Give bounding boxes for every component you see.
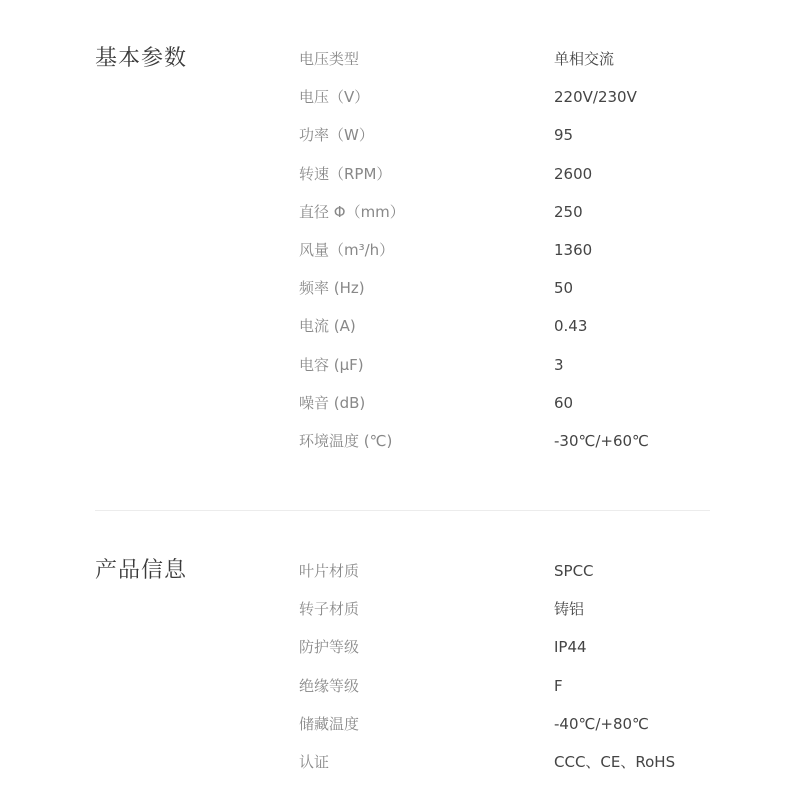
- spec-value: 3: [554, 352, 564, 378]
- spec-label: 环境温度 (℃): [299, 428, 392, 454]
- spec-row-blade-material: 叶片材质 SPCC: [299, 558, 719, 596]
- spec-label: 叶片材质: [299, 558, 359, 584]
- spec-row-certification: 认证 CCC、CE、RoHS: [299, 749, 719, 787]
- spec-value: 220V/230V: [554, 84, 637, 110]
- spec-label: 功率（W）: [299, 122, 374, 148]
- spec-row-capacitance: 电容 (μF) 3: [299, 352, 719, 390]
- spec-row-noise: 噪音 (dB) 60: [299, 390, 719, 428]
- spec-label: 噪音 (dB): [299, 390, 365, 416]
- section-divider: [95, 510, 710, 511]
- spec-row-current: 电流 (A) 0.43: [299, 313, 719, 351]
- spec-row-airflow: 风量（m³/h） 1360: [299, 237, 719, 275]
- section-title: 产品信息: [95, 558, 187, 584]
- spec-row-rotor-material: 转子材质 铸铝: [299, 596, 719, 634]
- spec-value: 单相交流: [554, 46, 614, 72]
- spec-label: 电压（V）: [299, 84, 369, 110]
- spec-label: 绝缘等级: [299, 673, 359, 699]
- spec-row-frequency: 频率 (Hz) 50: [299, 275, 719, 313]
- spec-label: 储藏温度: [299, 711, 359, 737]
- spec-value: CCC、CE、RoHS: [554, 749, 675, 775]
- spec-value: 2600: [554, 161, 592, 187]
- spec-label: 转子材质: [299, 596, 359, 622]
- spec-value: SPCC: [554, 558, 594, 584]
- spec-row-voltage: 电压（V） 220V/230V: [299, 84, 719, 122]
- spec-value: -40℃/+80℃: [554, 711, 649, 737]
- spec-row-power: 功率（W） 95: [299, 122, 719, 160]
- spec-label: 转速（RPM）: [299, 161, 391, 187]
- spec-row-storage-temp: 储藏温度 -40℃/+80℃: [299, 711, 719, 749]
- spec-value: 0.43: [554, 313, 587, 339]
- spec-value: 50: [554, 275, 573, 301]
- spec-label: 直径 Φ（mm）: [299, 199, 405, 225]
- spec-row-speed: 转速（RPM） 2600: [299, 161, 719, 199]
- spec-row-insulation-class: 绝缘等级 F: [299, 673, 719, 711]
- spec-list: 电压类型 单相交流 电压（V） 220V/230V 功率（W） 95 转速（RP…: [299, 46, 719, 466]
- spec-value: 95: [554, 122, 573, 148]
- spec-list: 叶片材质 SPCC 转子材质 铸铝 防护等级 IP44 绝缘等级 F 储藏温度 …: [299, 558, 719, 787]
- spec-value: -30℃/+60℃: [554, 428, 649, 454]
- spec-row-ambient-temp: 环境温度 (℃) -30℃/+60℃: [299, 428, 719, 466]
- spec-label: 电容 (μF): [299, 352, 364, 378]
- spec-label: 频率 (Hz): [299, 275, 365, 301]
- spec-value: IP44: [554, 634, 587, 660]
- spec-value: 60: [554, 390, 573, 416]
- spec-value: F: [554, 673, 563, 699]
- spec-row-diameter: 直径 Φ（mm） 250: [299, 199, 719, 237]
- spec-label: 防护等级: [299, 634, 359, 660]
- spec-label: 电流 (A): [299, 313, 356, 339]
- spec-label: 电压类型: [299, 46, 359, 72]
- spec-value: 250: [554, 199, 583, 225]
- spec-value: 铸铝: [554, 596, 584, 622]
- spec-label: 认证: [299, 749, 329, 775]
- spec-row-voltage-type: 电压类型 单相交流: [299, 46, 719, 84]
- section-title: 基本参数: [95, 46, 187, 72]
- spec-label: 风量（m³/h）: [299, 237, 394, 263]
- spec-row-protection-rating: 防护等级 IP44: [299, 634, 719, 672]
- spec-value: 1360: [554, 237, 592, 263]
